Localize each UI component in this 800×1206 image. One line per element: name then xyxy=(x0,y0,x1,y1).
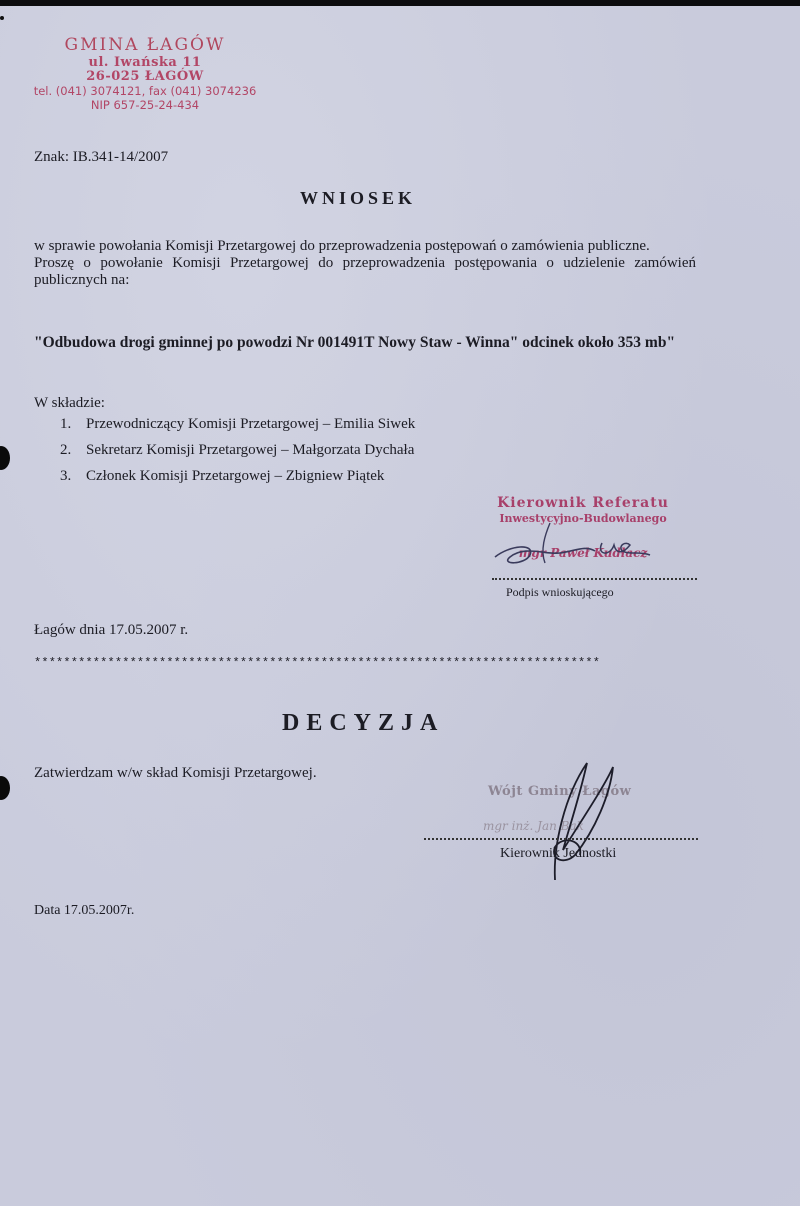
stamp-name: GMINA ŁAGÓW xyxy=(30,36,260,56)
list-item: 3.Członek Komisji Przetargowej – Zbignie… xyxy=(60,467,415,493)
committee-members-list: 1.Przewodniczący Komisji Przetargowej – … xyxy=(60,415,415,493)
scan-speck xyxy=(0,16,4,20)
decision-signature-line xyxy=(424,838,698,840)
request-title: WNIOSEK xyxy=(300,188,416,209)
decision-signature-caption: Kierownik Jednostki xyxy=(500,846,616,862)
stamp-nip: NIP 657-25-24-434 xyxy=(30,99,260,112)
request-line: Proszę o powołanie Komisji Przetargowej … xyxy=(34,255,696,289)
separator-line: ****************************************… xyxy=(34,656,600,670)
decision-date: Data 17.05.2007r. xyxy=(34,903,134,919)
handwritten-signature-icon xyxy=(490,515,660,575)
subject-line: w sprawie powołania Komisji Przetargowej… xyxy=(34,238,696,255)
project-name: "Odbudowa drogi gminnej po powodzi Nr 00… xyxy=(34,333,714,352)
signature-line xyxy=(492,578,697,580)
list-item: 2.Sekretarz Komisji Przetargowej – Małgo… xyxy=(60,441,415,467)
stamp-postal: 26-025 ŁAGÓW xyxy=(30,70,260,85)
place-date: Łagów dnia 17.05.2007 r. xyxy=(34,622,188,639)
request-body: w sprawie powołania Komisji Przetargowej… xyxy=(34,238,696,289)
reference-number: Znak: IB.341-14/2007 xyxy=(34,149,168,166)
composition-label: W składzie: xyxy=(34,395,105,412)
stamp-phone: tel. (041) 3074121, fax (041) 3074236 xyxy=(30,85,260,98)
document-page xyxy=(0,6,800,1206)
decision-title: DECYZJA xyxy=(282,710,444,737)
signature-caption: Podpis wnioskującego xyxy=(506,585,614,600)
municipality-stamp: GMINA ŁAGÓW ul. Iwańska 11 26-025 ŁAGÓW … xyxy=(30,36,260,112)
decision-text: Zatwierdzam w/w skład Komisji Przetargow… xyxy=(34,765,317,782)
mayor-signature-icon xyxy=(525,755,635,885)
list-item: 1.Przewodniczący Komisji Przetargowej – … xyxy=(60,415,415,441)
